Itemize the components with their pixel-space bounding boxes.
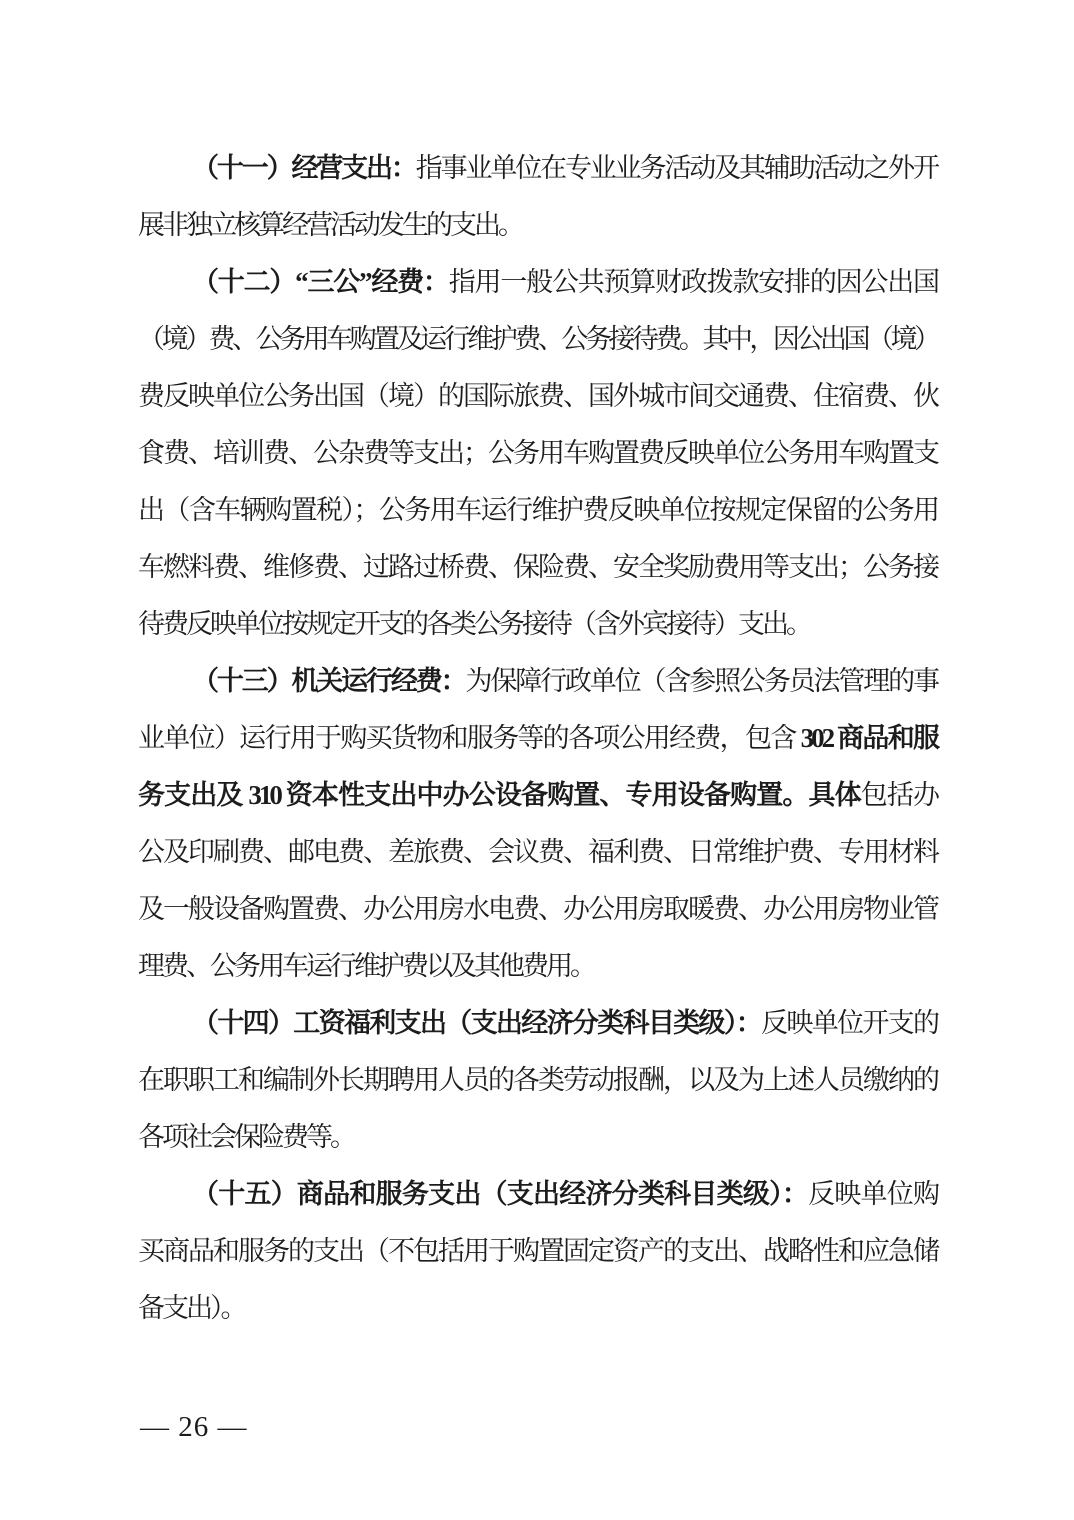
text-line: 展非独立核算经营活动发生的支出。 — [138, 197, 937, 254]
text-segment: 理费、公务用车运行维护费以及其他费用。 — [138, 951, 594, 981]
text-line: 在职职工和编制外长期聘用人员的各类劳动报酬，以及为上述人员缴纳的 — [138, 1052, 937, 1109]
text-line: 理费、公务用车运行维护费以及其他费用。 — [138, 938, 937, 995]
text-line: 务支出及 310 资本性支出中办公设备购置、专用设备购置。具体包括办 — [138, 767, 937, 824]
paragraph-12-three-public-funds: （十二）“三公”经费：指用一般公共预算财政拨款安排的因公出国 （境）费、公务用车… — [138, 254, 937, 653]
text-line: （境）费、公务用车购置及运行维护费、公务接待费。其中，因公出国（境） — [138, 311, 937, 368]
page-number: — 26 — — [140, 1404, 248, 1450]
paragraph-11-operating-expenses: （十一）经营支出：指事业单位在专业业务活动及其辅助活动之外开 展非独立核算经营活… — [138, 140, 937, 254]
text-line: （十二）“三公”经费：指用一般公共预算财政拨款安排的因公出国 — [138, 254, 937, 311]
text-line: 业单位）运行用于购买货物和服务等的各项公用经费，包含 302 商品和服 — [138, 710, 937, 767]
text-segment: 反映单位购 — [808, 1179, 937, 1209]
text-segment: 待费反映单位按规定开支的各类公务接待（含外宾接待）支出。 — [138, 609, 810, 639]
text-line: （十一）经营支出：指事业单位在专业业务活动及其辅助活动之外开 — [138, 140, 937, 197]
text-line: 备支出）。 — [138, 1280, 937, 1337]
text-line: （十五）商品和服务支出（支出经济分类科目类级）：反映单位购 — [138, 1166, 937, 1223]
text-line: 待费反映单位按规定开支的各类公务接待（含外宾接待）支出。 — [138, 596, 937, 653]
text-line: （十三）机关运行经费：为保障行政单位（含参照公务员法管理的事 — [138, 653, 937, 710]
text-segment: 指用一般公共预算财政拨款安排的因公出国 — [449, 267, 937, 297]
text-segment: 展非独立核算经营活动发生的支出。 — [138, 210, 522, 240]
text-segment: 业单位）运行用于购买货物和服务等的各项公用经费，包含 — [138, 723, 801, 753]
text-segment: 食费、培训费、公杂费等支出；公务用车购置费反映单位公务用车购置支 — [138, 438, 937, 468]
bold-term: 务支出及 310 资本性支出中办公设备购置、专用设备购置。具体 — [138, 780, 861, 810]
text-segment: 买商品和服务的支出（不包括用于购置固定资产的支出、战略性和应急储 — [138, 1236, 937, 1266]
bold-term: 302 商品和服 — [801, 723, 937, 753]
text-segment: 为保障行政单位（含参照公务员法管理的事 — [465, 666, 937, 696]
text-line: 食费、培训费、公杂费等支出；公务用车购置费反映单位公务用车购置支 — [138, 425, 937, 482]
text-segment: 在职职工和编制外长期聘用人员的各类劳动报酬，以及为上述人员缴纳的 — [138, 1065, 937, 1095]
paragraph-13-agency-operating-funds: （十三）机关运行经费：为保障行政单位（含参照公务员法管理的事 业单位）运行用于购… — [138, 653, 937, 995]
text-line: 车燃料费、维修费、过路过桥费、保险费、安全奖励费用等支出；公务接 — [138, 539, 937, 596]
text-line: 费反映单位公务出国（境）的国际旅费、国外城市间交通费、住宿费、伙 — [138, 368, 937, 425]
bold-term: （十三）机关运行经费： — [192, 666, 465, 696]
bold-term: （十四）工资福利支出（支出经济分类科目类级）： — [192, 1008, 761, 1038]
text-line: 买商品和服务的支出（不包括用于购置固定资产的支出、战略性和应急储 — [138, 1223, 937, 1280]
paragraph-14-salary-welfare-expenses: （十四）工资福利支出（支出经济分类科目类级）：反映单位开支的 在职职工和编制外长… — [138, 995, 937, 1166]
text-line: 及一般设备购置费、办公用房水电费、办公用房取暖费、办公用房物业管 — [138, 881, 937, 938]
text-segment: 出（含车辆购置税）；公务用车运行维护费反映单位按规定保留的公务用 — [138, 495, 937, 525]
text-segment: 公及印刷费、邮电费、差旅费、会议费、福利费、日常维护费、专用材料 — [138, 837, 937, 867]
paragraph-15-goods-services-expenses: （十五）商品和服务支出（支出经济分类科目类级）：反映单位购 买商品和服务的支出（… — [138, 1166, 937, 1337]
text-segment: 费反映单位公务出国（境）的国际旅费、国外城市间交通费、住宿费、伙 — [138, 381, 937, 411]
bold-term: （十一）经营支出： — [192, 153, 416, 183]
bold-term: （十二）“三公”经费： — [192, 267, 449, 297]
text-segment: 反映单位开支的 — [761, 1008, 937, 1038]
text-line: 公及印刷费、邮电费、差旅费、会议费、福利费、日常维护费、专用材料 — [138, 824, 937, 881]
text-segment: 车燃料费、维修费、过路过桥费、保险费、安全奖励费用等支出；公务接 — [138, 552, 937, 582]
document-text-body: （十一）经营支出：指事业单位在专业业务活动及其辅助活动之外开 展非独立核算经营活… — [138, 140, 937, 1337]
text-line: 出（含车辆购置税）；公务用车运行维护费反映单位按规定保留的公务用 — [138, 482, 937, 539]
text-segment: （境）费、公务用车购置及运行维护费、公务接待费。其中，因公出国（境） — [138, 324, 937, 354]
text-line: （十四）工资福利支出（支出经济分类科目类级）：反映单位开支的 — [138, 995, 937, 1052]
text-segment: 各项社会保险费等。 — [138, 1122, 354, 1152]
text-segment: 备支出）。 — [138, 1293, 245, 1323]
document-page: （十一）经营支出：指事业单位在专业业务活动及其辅助活动之外开 展非独立核算经营活… — [0, 0, 1074, 1520]
bold-term: （十五）商品和服务支出（支出经济分类科目类级）： — [192, 1179, 808, 1209]
text-segment: 及一般设备购置费、办公用房水电费、办公用房取暖费、办公用房物业管 — [138, 894, 937, 924]
text-line: 各项社会保险费等。 — [138, 1109, 937, 1166]
text-segment: 指事业单位在专业业务活动及其辅助活动之外开 — [416, 153, 937, 183]
text-segment: 包括办 — [861, 780, 937, 810]
